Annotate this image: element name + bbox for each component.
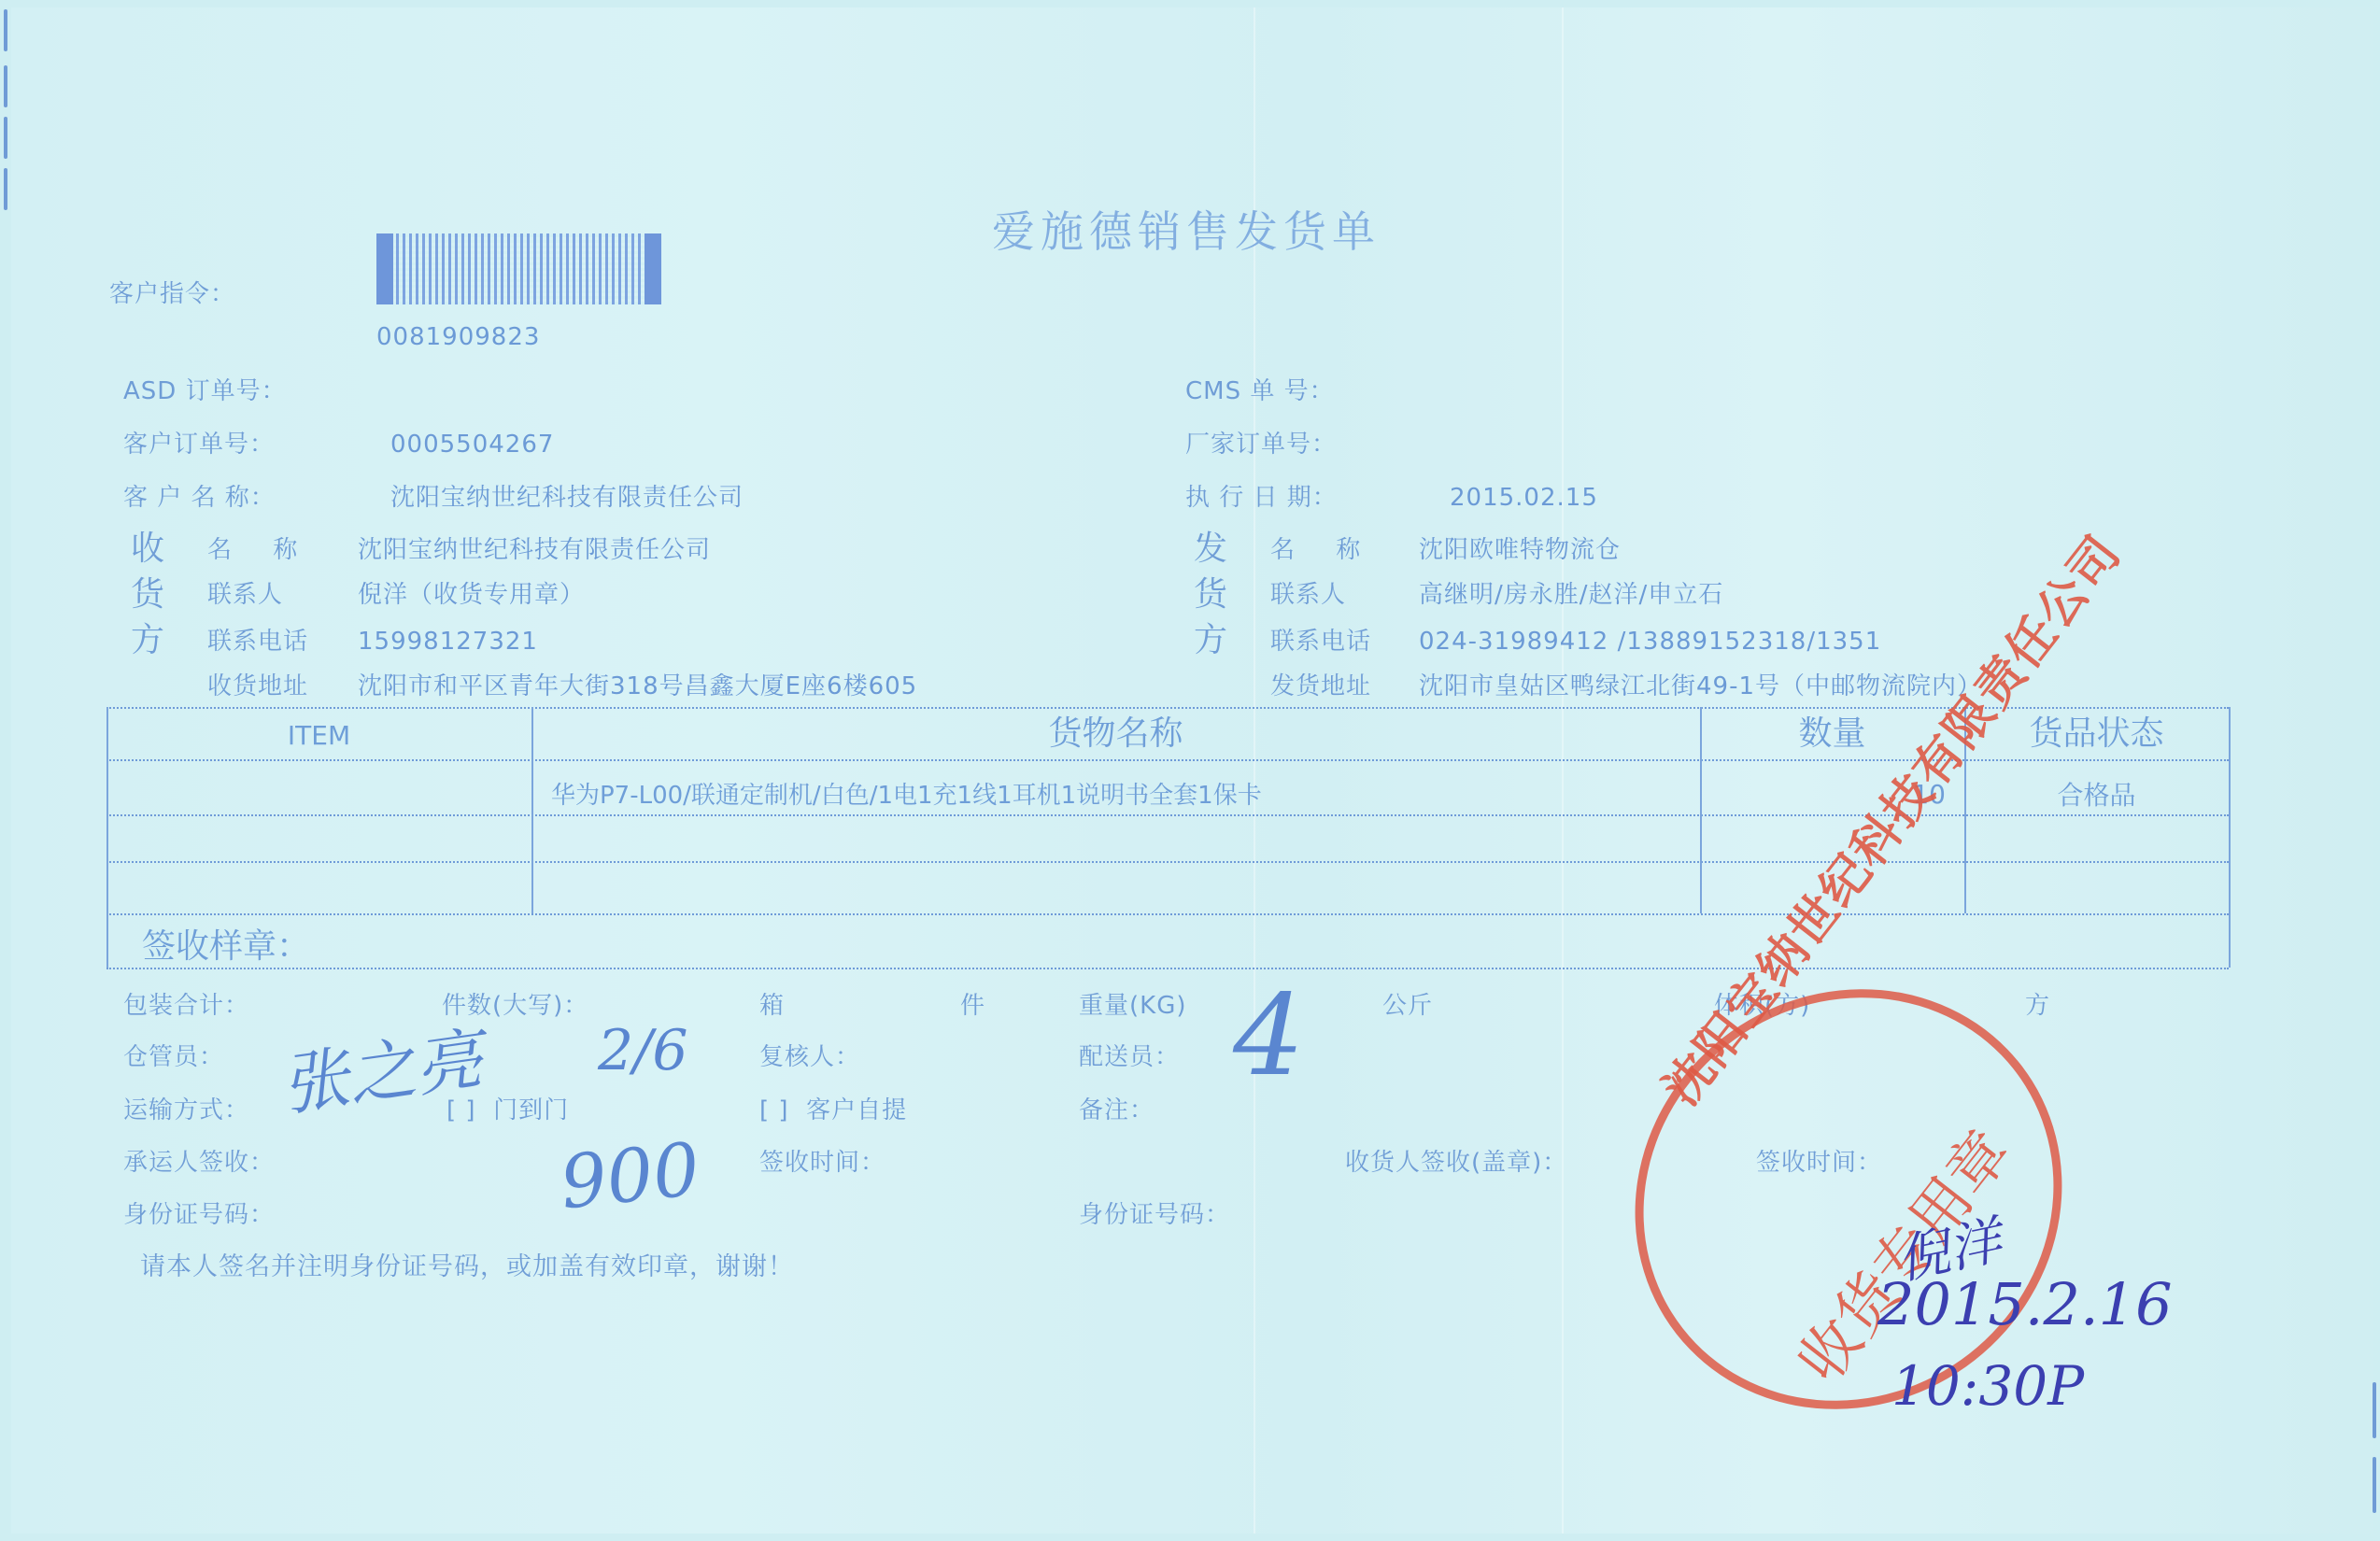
table-header-goods-name: 货物名称 bbox=[531, 717, 1700, 751]
asd-order-label: ASD 订单号： bbox=[123, 377, 287, 405]
shipper-side-char: 货 bbox=[1194, 576, 1228, 614]
perforation-mark bbox=[2373, 1382, 2376, 1438]
cms-no-label: CMS 单 号： bbox=[1185, 377, 1335, 405]
customer-order-label: 客户订单号： bbox=[123, 431, 275, 459]
receiver-sign-label: 收货人签收(盖章)： bbox=[1345, 1149, 1567, 1177]
handwritten-carrier-signature: 900 bbox=[557, 1127, 703, 1225]
receiver-contact-label: 联系人 bbox=[207, 581, 283, 609]
execution-date-value: 2015.02.15 bbox=[1450, 484, 1598, 512]
self-pickup-option: [ ] 客户自提 bbox=[759, 1096, 907, 1124]
transport-label: 运输方式： bbox=[123, 1096, 249, 1124]
customer-name-value: 沈阳宝纳世纪科技有限责任公司 bbox=[390, 484, 744, 512]
deliverer-label: 配送员： bbox=[1079, 1043, 1180, 1071]
receiver-name-label: 名 称 bbox=[207, 536, 314, 564]
shipper-phone: 024-31989412 /13889152318/1351 bbox=[1419, 628, 1881, 656]
receiver-phone-label: 联系电话 bbox=[207, 628, 308, 656]
receiver-side-char: 方 bbox=[131, 622, 165, 659]
sign-time-label: 签收时间： bbox=[759, 1149, 885, 1177]
goods-name-cell: 华为P7-L00/联通定制机/白色/1电1充1线1耳机1说明书全套1保卡 bbox=[551, 779, 1262, 813]
piece-label: 件 bbox=[960, 992, 985, 1020]
handwritten-receive-time: 10:30P bbox=[1891, 1354, 2084, 1418]
shipper-address: 沈阳市皇姑区鸭绿江北街49-1号（中邮物流院内） bbox=[1419, 672, 1982, 700]
document-title: 爱施德销售发货单 bbox=[992, 207, 1381, 256]
box-label: 箱 bbox=[759, 992, 785, 1020]
perforation-mark bbox=[4, 117, 7, 159]
shipper-name-label: 名 称 bbox=[1270, 536, 1377, 564]
paper-fold bbox=[1562, 7, 1564, 1534]
signature-sample-label: 签收样章： bbox=[142, 930, 310, 964]
shipper-name: 沈阳欧唯特物流仓 bbox=[1419, 536, 1621, 564]
reviewer-label: 复核人： bbox=[759, 1043, 860, 1071]
shipper-side-char: 发 bbox=[1194, 530, 1228, 568]
shipper-contact: 高继明/房永胜/赵洋/申立石 bbox=[1419, 581, 1723, 609]
factory-order-label: 厂家订单号： bbox=[1185, 431, 1337, 459]
receiver-name: 沈阳宝纳世纪科技有限责任公司 bbox=[358, 536, 711, 564]
id-number-label: 身份证号码： bbox=[123, 1201, 275, 1229]
shipper-phone-label: 联系电话 bbox=[1270, 628, 1371, 656]
handwritten-pieces: 2/6 bbox=[598, 1018, 688, 1083]
handwritten-weight: 4 bbox=[1233, 971, 1304, 1101]
receiver-contact: 倪洋（收货专用章） bbox=[358, 581, 585, 609]
handwritten-receive-date: 2015.2.16 bbox=[1877, 1270, 2173, 1338]
weight-unit: 公斤 bbox=[1382, 992, 1433, 1020]
receiver-side-char: 收 bbox=[131, 530, 165, 568]
execution-date-label: 执 行 日 期： bbox=[1185, 484, 1338, 512]
perforation-mark bbox=[4, 9, 7, 51]
receiver-phone: 15998127321 bbox=[358, 628, 538, 656]
status-cell: 合格品 bbox=[1964, 779, 2229, 813]
receiver-address: 沈阳市和平区青年大街318号昌鑫大厦E座6楼605 bbox=[358, 672, 917, 700]
customer-instruction-label: 客户指令： bbox=[109, 280, 235, 308]
carrier-sign-label: 承运人签收： bbox=[123, 1149, 275, 1177]
shipper-contact-label: 联系人 bbox=[1270, 581, 1346, 609]
perforation-mark bbox=[4, 65, 7, 107]
warehouse-keeper-label: 仓管员： bbox=[123, 1043, 224, 1071]
table-header-item: ITEM bbox=[106, 719, 531, 753]
perforation-mark bbox=[2373, 1457, 2376, 1513]
package-total-label: 包装合计： bbox=[123, 992, 249, 1020]
volume-unit: 方 bbox=[2025, 992, 2050, 1020]
barcode bbox=[376, 233, 661, 304]
shipper-address-label: 发货地址 bbox=[1270, 672, 1371, 700]
receiver-side-char: 货 bbox=[131, 576, 165, 614]
customer-order-value: 0005504267 bbox=[390, 431, 554, 459]
customer-name-label: 客 户 名 称： bbox=[123, 484, 276, 512]
id-number-label-2: 身份证号码： bbox=[1079, 1201, 1230, 1229]
weight-label: 重量(KG) bbox=[1079, 992, 1187, 1020]
receiver-address-label: 收货地址 bbox=[207, 672, 308, 700]
perforation-mark bbox=[4, 168, 7, 210]
shipper-side-char: 方 bbox=[1194, 622, 1228, 659]
notice-text: 请本人签名并注明身份证号码，或加盖有效印章，谢谢！ bbox=[140, 1253, 794, 1281]
barcode-number: 0081909823 bbox=[376, 323, 540, 351]
remarks-label: 备注： bbox=[1079, 1096, 1155, 1124]
